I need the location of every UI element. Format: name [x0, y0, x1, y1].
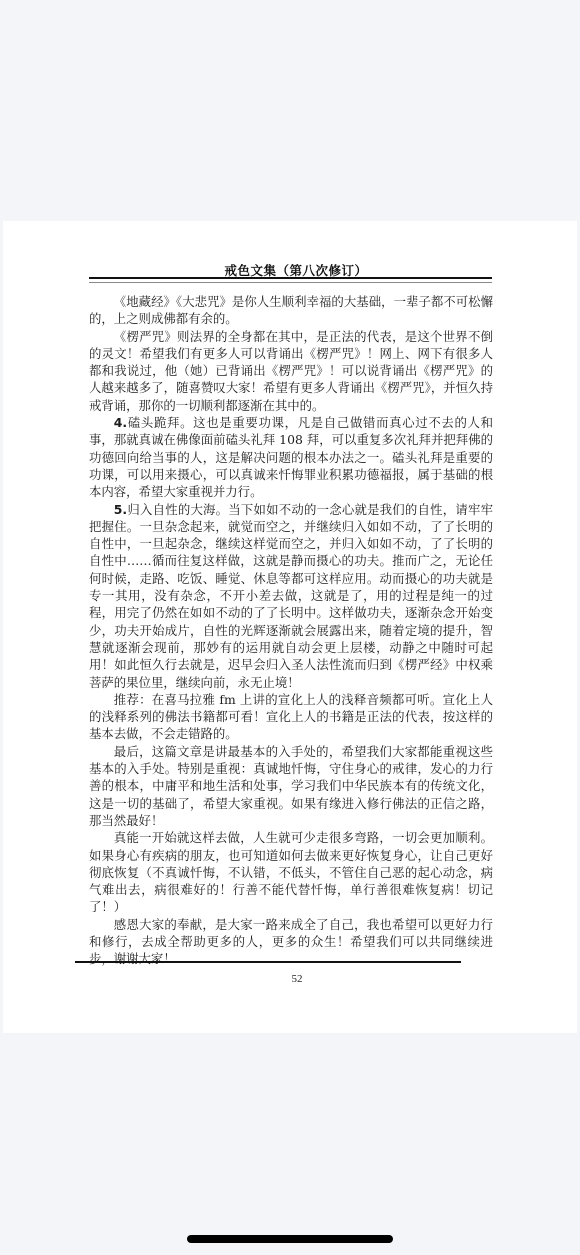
paragraph: 真能一开始就这样去做，人生就可少走很多弯路，一切会更加顺利。如果身心有疾病的朋友… — [89, 829, 493, 915]
paragraph: 感恩大家的奉献，是大家一路来成全了自己，我也希望可以更好力行和修行，去成全帮助更… — [89, 916, 493, 968]
paragraph-text: 推荐：在喜马拉雅 fm 上讲的宣化上人的浅释音频都可听。宣化上人的浅释系列的佛法… — [89, 692, 493, 742]
numbered-paragraph: 5.归入自性的大海。当下如如不动的一念心就是我们的自性，请牢牢把握住。一旦杂念起… — [89, 501, 493, 691]
paragraph-text: 磕头跪拜。这也是重要功课，凡是自己做错而真心过不去的人和事，那就真诚在佛像面前磕… — [89, 415, 493, 499]
paragraph-text: 《地藏经》《大悲咒》是你人生顺利幸福的大基础，一辈子都不可松懈的，上之则成佛都有… — [89, 294, 493, 326]
paragraph: 《地藏经》《大悲咒》是你人生顺利幸福的大基础，一辈子都不可松懈的，上之则成佛都有… — [89, 293, 493, 328]
paragraph-text: 真能一开始就这样去做，人生就可少走很多弯路，一切会更加顺利。如果身心有疾病的朋友… — [89, 830, 493, 914]
document-page: 戒色文集（第八次修订） 《地藏经》《大悲咒》是你人生顺利幸福的大基础，一辈子都不… — [3, 221, 577, 1033]
item-number: 4. — [114, 415, 127, 430]
footer-rule — [75, 961, 461, 963]
page-number: 52 — [3, 973, 577, 985]
item-number: 5. — [114, 502, 127, 517]
header-rule-secondary — [89, 282, 492, 283]
paragraph: 最后，这篇文章是讲最基本的入手处的，希望我们大家都能重视这些基本的入手处。特别是… — [89, 743, 493, 829]
body-text: 《地藏经》《大悲咒》是你人生顺利幸福的大基础，一辈子都不可松懈的，上之则成佛都有… — [89, 293, 493, 968]
paragraph-text: 最后，这篇文章是讲最基本的入手处的，希望我们大家都能重视这些基本的入手处。特别是… — [89, 744, 493, 828]
paragraph: 《楞严咒》则法界的全身都在其中，是正法的代表，是这个世界不倒的灵文！希望我们有更… — [89, 328, 493, 414]
paragraph-text: 归入自性的大海。当下如如不动的一念心就是我们的自性，请牢牢把握住。一旦杂念起来，… — [89, 502, 493, 690]
numbered-paragraph: 4.磕头跪拜。这也是重要功课，凡是自己做错而真心过不去的人和事，那就真诚在佛像面… — [89, 414, 493, 500]
header-rule — [89, 277, 492, 279]
home-indicator[interactable] — [187, 1235, 393, 1243]
paragraph-text: 《楞严咒》则法界的全身都在其中，是正法的代表，是这个世界不倒的灵文！希望我们有更… — [89, 329, 493, 413]
paragraph: 推荐：在喜马拉雅 fm 上讲的宣化上人的浅释音频都可听。宣化上人的浅释系列的佛法… — [89, 691, 493, 743]
paragraph-text: 感恩大家的奉献，是大家一路来成全了自己，我也希望可以更好力行和修行，去成全帮助更… — [89, 917, 493, 967]
